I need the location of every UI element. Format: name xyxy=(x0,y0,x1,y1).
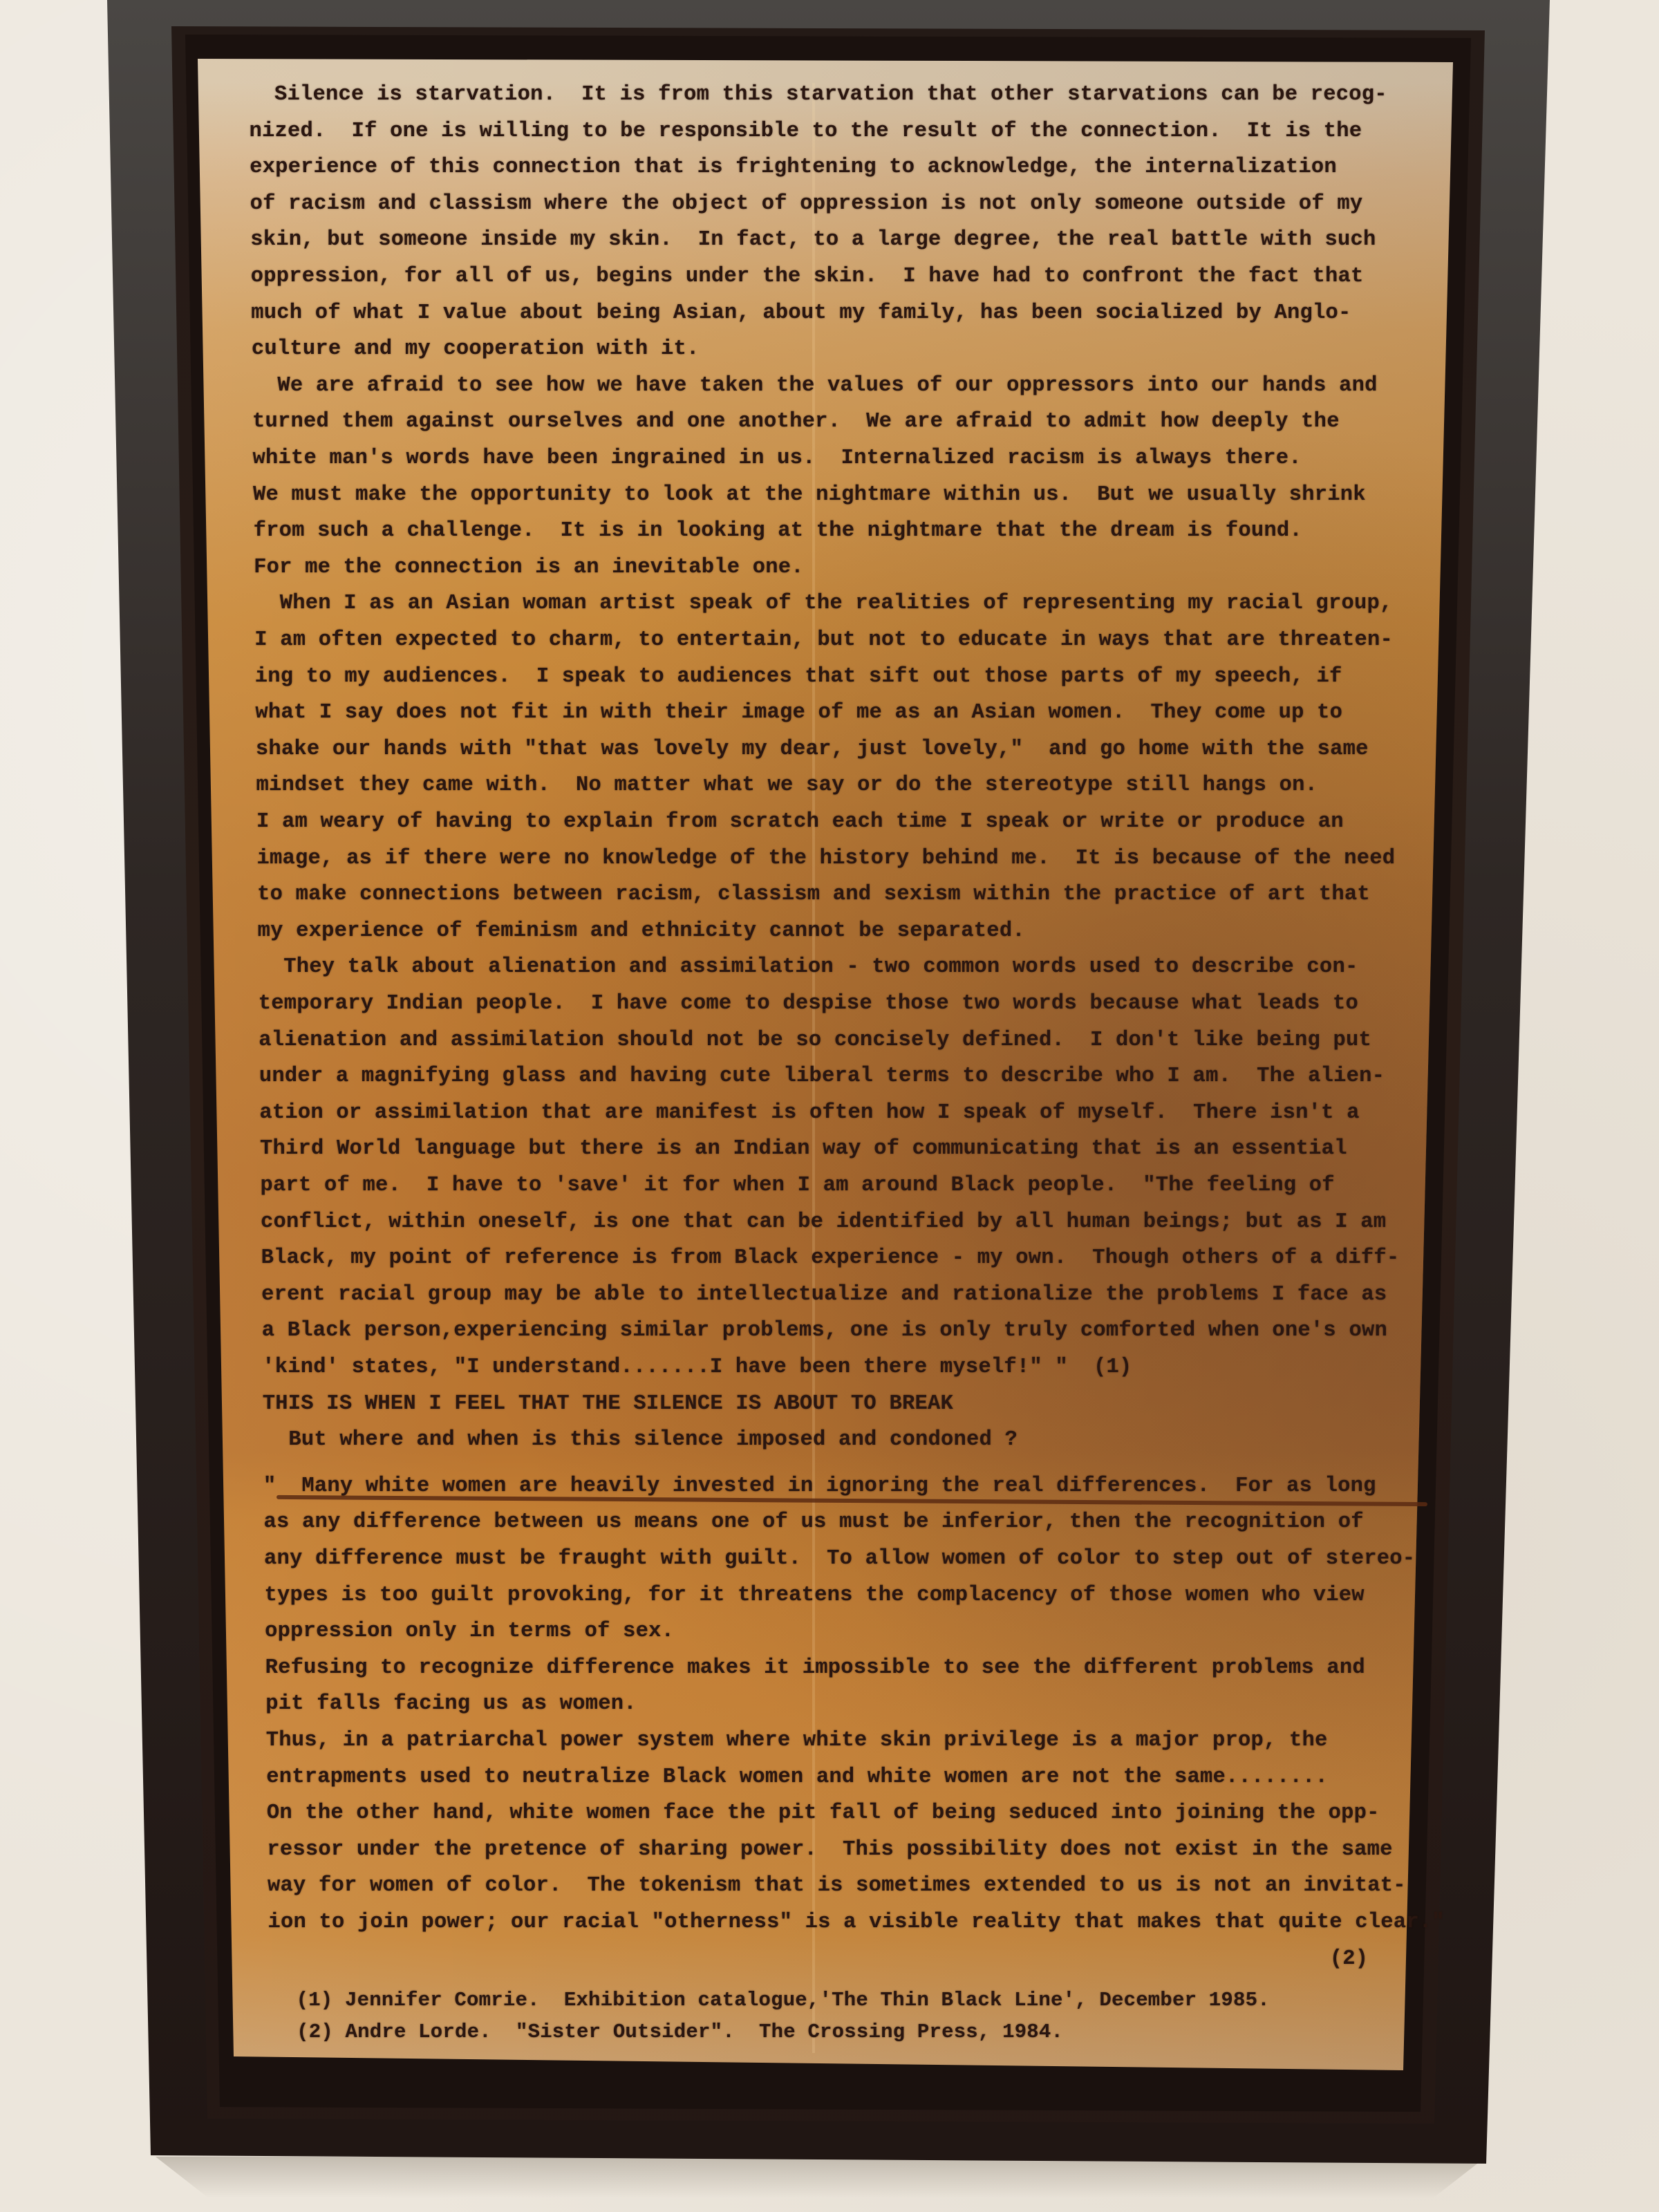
text-line: shake our hands with "that was lovely my… xyxy=(256,738,1369,761)
text-line: white man's words have been ingrained in… xyxy=(253,447,1302,470)
text-line: entrapments used to neutralize Black wom… xyxy=(266,1765,1328,1789)
text-line: alienation and assimilation should not b… xyxy=(259,1029,1371,1052)
text-line: erent racial group may be able to intell… xyxy=(261,1283,1387,1306)
text-line: oppression, for all of us, begins under … xyxy=(251,265,1364,288)
text-line: pit falls facing us as women. xyxy=(265,1692,637,1716)
text-line: Silence is starvation. It is from this s… xyxy=(249,83,1387,106)
text-line: Black, my point of reference is from Bla… xyxy=(261,1246,1400,1270)
text-line: ing to my audiences. I speak to audience… xyxy=(255,665,1342,688)
text-line: part of me. I have to 'save' it for when… xyxy=(261,1174,1335,1197)
text-line: way for women of color. The tokenism tha… xyxy=(268,1874,1406,1897)
text-line: I am often expected to charm, to enterta… xyxy=(254,628,1393,652)
text-line: of racism and classism where the object … xyxy=(250,192,1363,216)
text-line: ion to join power; our racial "otherness… xyxy=(268,1911,1445,1934)
text-line: (2) xyxy=(268,1947,1368,1971)
text-line: THIS IS WHEN I FEEL THAT THE SILENCE IS … xyxy=(263,1392,953,1416)
text-line: much of what I value about being Asian, … xyxy=(251,301,1351,325)
text-line: They talk about alienation and assimilat… xyxy=(258,955,1358,979)
footnote: (2) Andre Lorde. "Sister Outsider". The … xyxy=(297,2021,1063,2043)
text-line: We must make the opportunity to look at … xyxy=(253,483,1366,507)
text-line: experience of this connection that is fr… xyxy=(250,156,1337,179)
text-line: turned them against ourselves and one an… xyxy=(252,410,1340,433)
text-line: image, as if there were no knowledge of … xyxy=(257,847,1396,870)
text-line: Third World language but there is an Ind… xyxy=(260,1137,1347,1161)
text-line: as any difference between us means one o… xyxy=(263,1510,1363,1534)
text-line: ressor under the pretence of sharing pow… xyxy=(267,1838,1392,1862)
text-line: " Many white women are heavily invested … xyxy=(263,1474,1376,1498)
text-line: Refusing to recognize difference makes i… xyxy=(265,1656,1365,1680)
text-line: But where and when is this silence impos… xyxy=(263,1428,1018,1452)
text-line: types is too guilt provoking, for it thr… xyxy=(265,1584,1365,1607)
text-line: any difference must be fraught with guil… xyxy=(264,1547,1415,1571)
text-line: We are afraid to see how we have taken t… xyxy=(252,374,1377,397)
text-line: ation or assimilation that are manifest … xyxy=(259,1101,1359,1125)
text-line: I am weary of having to explain from scr… xyxy=(256,810,1344,834)
text-line: skin, but someone inside my skin. In fac… xyxy=(250,228,1376,252)
frame-shadow xyxy=(156,2157,1486,2198)
text-line: For me the connection is an inevitable o… xyxy=(254,556,804,579)
text-line: nized. If one is willing to be responsib… xyxy=(250,120,1362,143)
text-line: a Black person,experiencing similar prob… xyxy=(262,1319,1387,1342)
text-line: from such a challenge. It is in looking … xyxy=(254,519,1302,543)
text-line: temporary Indian people. I have come to … xyxy=(259,992,1358,1015)
footnote: (1) Jennifer Comrie. Exhibition catalogu… xyxy=(297,1989,1270,2012)
text-line: to make connections between racism, clas… xyxy=(257,883,1370,906)
text-line: oppression only in terms of sex. xyxy=(265,1620,674,1643)
text-line: conflict, within oneself, is one that ca… xyxy=(261,1210,1386,1234)
text-line: mindset they came with. No matter what w… xyxy=(256,774,1318,797)
text-line: under a magnifying glass and having cute… xyxy=(259,1065,1385,1088)
text-line: Thus, in a patriarchal power system wher… xyxy=(266,1729,1328,1752)
text-line: culture and my cooperation with it. xyxy=(252,337,700,361)
text-line: what I say does not fit in with their im… xyxy=(255,701,1342,724)
text-line: On the other hand, white women face the … xyxy=(267,1801,1380,1825)
text-line: 'kind' states, "I understand.......I hav… xyxy=(262,1356,1132,1379)
text-line: my experience of feminism and ethnicity … xyxy=(258,919,1025,943)
text-line: When I as an Asian woman artist speak of… xyxy=(254,592,1393,615)
